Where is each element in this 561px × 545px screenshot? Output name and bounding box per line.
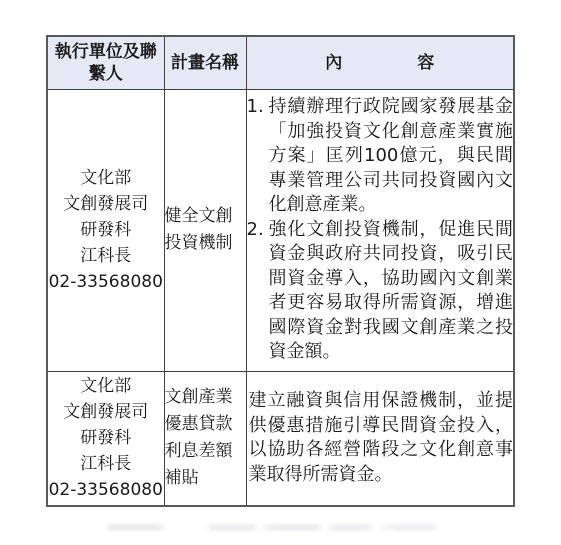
plan-name-text: 健全文創投資機制	[165, 206, 233, 253]
contact-cell: 文化部 文創發展司 研發科 江科長 02-33568080	[47, 89, 164, 371]
contact-line: 江科長	[48, 451, 164, 477]
table-row: 文化部 文創發展司 研發科 江科長 02-33568080 文創產業優惠貸款利息…	[47, 371, 514, 506]
contact-cell: 文化部 文創發展司 研發科 江科長 02-33568080	[47, 371, 164, 506]
contact-line: 研發科	[48, 217, 164, 243]
header-cell-content: 內 容	[246, 36, 514, 89]
contact-line: 研發科	[48, 425, 164, 451]
plan-table: 執行單位及聯繫人 計畫名稱 內 容 文化部 文創發展司 研發科 江科長 02-3…	[46, 35, 515, 507]
content-paragraph: 建立融資與信用保證機制，並提供優惠措施引導民間資金投入，以協助各經營階段之文化創…	[247, 389, 514, 487]
content-list-item: 1. 持續辦理行政院國家發展基金「加強投資文化創意產業實施方案」匡列100億元，…	[247, 95, 514, 218]
header-content-char-1: 內	[325, 52, 342, 74]
header-content-char-2: 容	[417, 52, 434, 74]
header-cell-plan-name: 計畫名稱	[164, 36, 246, 89]
content-cell: 1. 持續辦理行政院國家發展基金「加強投資文化創意產業實施方案」匡列100億元，…	[246, 89, 514, 371]
header-label-unit-contact: 執行單位及聯繫人	[55, 42, 157, 84]
table-header-row: 執行單位及聯繫人 計畫名稱 內 容	[47, 36, 514, 89]
contact-line: 文創發展司	[48, 191, 164, 217]
plan-name-cell: 健全文創投資機制	[164, 89, 246, 371]
header-cell-unit-contact: 執行單位及聯繫人	[47, 36, 164, 89]
header-label-content: 內 容	[247, 52, 514, 74]
list-item-text: 強化文創投資機制，促進民間資金與政府共同投資，吸引民間資金導入，協助國內文創業者…	[269, 218, 514, 365]
list-item-text: 持續辦理行政院國家發展基金「加強投資文化創意產業實施方案」匡列100億元，與民間…	[269, 95, 514, 218]
table-row: 文化部 文創發展司 研發科 江科長 02-33568080 健全文創投資機制 1…	[47, 89, 514, 371]
contact-line: 江科長	[48, 243, 164, 269]
content-cell: 建立融資與信用保證機制，並提供優惠措施引導民間資金投入，以協助各經營階段之文化創…	[246, 371, 514, 506]
plan-name-text: 文創產業優惠貸款利息差額補貼	[165, 387, 233, 488]
phone-number: 02-33568080	[48, 477, 164, 503]
list-item-number: 2.	[247, 218, 269, 243]
header-label-plan-name: 計畫名稱	[171, 53, 239, 73]
contact-line: 文創發展司	[48, 399, 164, 425]
phone-number: 02-33568080	[48, 269, 164, 295]
contact-line: 文化部	[48, 373, 164, 399]
contact-line: 文化部	[48, 165, 164, 191]
bleed-through-artifact	[108, 524, 468, 531]
document-page: 執行單位及聯繫人 計畫名稱 內 容 文化部 文創發展司 研發科 江科長 02-3…	[0, 0, 561, 545]
list-item-number: 1.	[247, 95, 269, 120]
content-list-item: 2. 強化文創投資機制，促進民間資金與政府共同投資，吸引民間資金導入，協助國內文…	[247, 218, 514, 365]
plan-name-cell: 文創產業優惠貸款利息差額補貼	[164, 371, 246, 506]
